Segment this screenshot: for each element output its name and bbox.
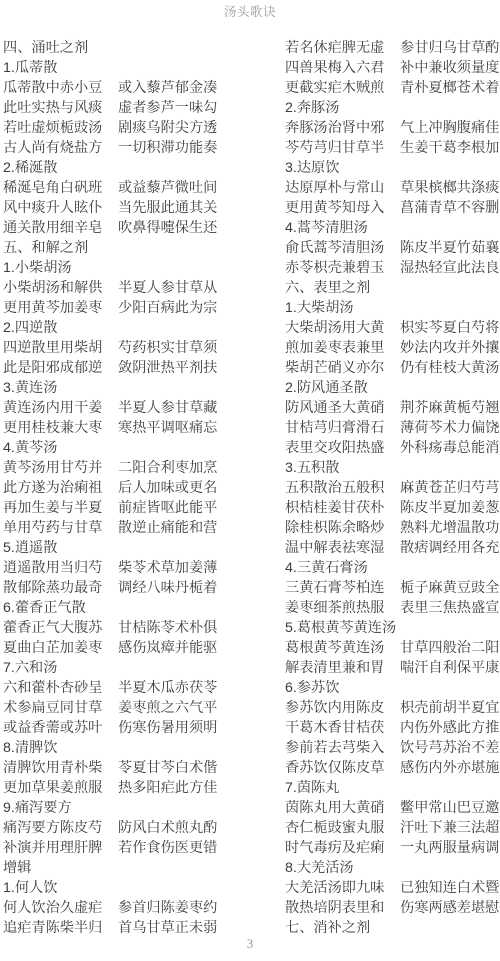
verse-line: 黄连汤内用干姜半夏人参甘草藏 (3, 398, 250, 418)
verse-line: 黄芩汤用甘芍并二阳合利枣加烹 (3, 458, 250, 478)
verse-hemistich-second: 或益藜芦微吐间 (118, 178, 217, 198)
verse-line: 痛泻要方陈皮芍防风白术煎丸酌 (3, 818, 250, 838)
verse-line: 5.逍遥散 (3, 538, 250, 558)
verse-line: 风中痰升人眩仆当先服此通其关 (3, 198, 250, 218)
verse-hemistich-first: 防风通圣大黄硝 (285, 398, 400, 418)
verse-line: 5.葛根黄芩黄连汤 (285, 618, 500, 638)
verse-line: 若吐虚烦栀豉汤剧痰乌附尖方透 (3, 118, 250, 138)
verse-hemistich-second: 外科疡毒总能消 (400, 438, 499, 458)
verse-hemistich-first: 枳桔桂姜甘茯朴 (285, 498, 400, 518)
verse-line: 单用芍药与甘草散逆止痛能和营 (3, 518, 250, 538)
verse-line: 此方遂为治痢祖后人加味或更名 (3, 478, 250, 498)
verse-line: 4.黄芩汤 (3, 438, 250, 458)
verse-hemistich-first: 藿香正气大腹苏 (3, 618, 118, 638)
verse-hemistich-second: 枳壳前胡半夏宜 (400, 698, 499, 718)
verse-line: 四、涌吐之剂 (3, 38, 250, 58)
verse-line: 达原厚朴与常山草果槟榔共涤痰 (285, 178, 500, 198)
verse-line: 防风通圣大黄硝荆芥麻黄栀芍翘 (285, 398, 500, 418)
verse-line: 芩芍芎归甘草半生姜干葛李根加 (285, 138, 500, 158)
verse-line: 1.小柴胡汤 (3, 258, 250, 278)
verse-line: 五、和解之剂 (3, 238, 250, 258)
verse-line: 大羌活汤即九味已独知连白术暨 (285, 878, 500, 898)
verse-hemistich-first: 黄芩汤用甘芍并 (3, 458, 118, 478)
verse-hemistich-first: 姜枣细茶煎热服 (285, 598, 400, 618)
verse-hemistich-second: 首乌甘草正未弱 (118, 918, 217, 938)
verse-line: 时气毒疠及疟痢一丸两服量病调 (285, 838, 500, 858)
verse-line: 2.四逆散 (3, 318, 250, 338)
verse-hemistich-second: 苓夏甘芩白术偕 (118, 758, 217, 778)
verse-hemistich-second: 敛阴泄热平剂扶 (118, 358, 217, 378)
verse-line: 五积散治五般积麻黄苍芷归芍芎 (285, 478, 500, 498)
verse-hemistich-second: 感伤岚瘴并能驱 (118, 638, 217, 658)
verse-line: 表里交攻阳热盛外科疡毒总能消 (285, 438, 500, 458)
verse-line: 更加草果姜煎服热多阳疟此方佳 (3, 778, 250, 798)
verse-hemistich-first: 再加生姜与半夏 (3, 498, 118, 518)
text-columns: 四、涌吐之剂 1.瓜蒂散 瓜蒂散中赤小豆或入藜芦郁金凑 此吐实热与风痰虚者参芦一… (0, 38, 500, 938)
verse-hemistich-first: 时气毒疠及疟痢 (285, 838, 400, 858)
verse-hemistich-second: 剧痰乌附尖方透 (118, 118, 217, 138)
verse-line: 柴胡芒硝义亦尔仍有桂枝大黄汤 (285, 358, 500, 378)
verse-hemistich-first: 更用黄芩加姜枣 (3, 298, 118, 318)
verse-line: 更用桂枝兼大枣寒热平调呕痛忘 (3, 418, 250, 438)
verse-hemistich-first: 温中解表祛寒湿 (285, 538, 400, 558)
verse-hemistich-first: 解表清里兼和胃 (285, 658, 400, 678)
verse-hemistich-second: 菖蒲青草不容删 (400, 198, 499, 218)
verse-line: 此吐实热与风痰虚者参芦一味勾 (3, 98, 250, 118)
verse-hemistich-first: 大羌活汤即九味 (285, 878, 400, 898)
verse-hemistich-first: 追疟青陈柴半归 (3, 918, 118, 938)
verse-hemistich-second: 参甘归乌甘草酌 (400, 38, 499, 58)
verse-hemistich-first: 干葛木香甘桔茯 (285, 718, 400, 738)
verse-line: 术参扁豆同甘草姜枣煎之六气平 (3, 698, 250, 718)
verse-hemistich-second: 散逆止痛能和营 (118, 518, 217, 538)
verse-hemistich-second: 柴苓术草加姜薄 (118, 558, 217, 578)
verse-hemistich-second: 麻黄苍芷归芍芎 (400, 478, 499, 498)
verse-line: 杏仁栀豉蜜丸服汗吐下兼三法超 (285, 818, 500, 838)
verse-hemistich-first: 4.黄芩汤 (3, 438, 118, 458)
verse-hemistich-first: 此方遂为治痢祖 (3, 478, 118, 498)
verse-hemistich-second: 陈皮半夏加姜葱 (400, 498, 499, 518)
verse-line: 甘桔芎归膏滑石薄荷芩术力偏饶 (285, 418, 500, 438)
verse-line: 煎加姜枣表兼里妙法内攻并外攘 (285, 338, 500, 358)
verse-line: 1.大柴胡汤 (285, 298, 500, 318)
verse-hemistich-second: 感伤内外亦堪施 (400, 758, 499, 778)
verse-hemistich-second: 虚者参芦一味勾 (118, 98, 217, 118)
verse-line: 3.达原饮 (285, 158, 500, 178)
verse-hemistich-second: 伤寒伤暑用须明 (118, 718, 217, 738)
verse-hemistich-second: 湿热轻宣此法良 (400, 258, 499, 278)
verse-hemistich-first: 或益香薷或苏叶 (3, 718, 118, 738)
verse-hemistich-first: 补演并用理肝脾 (3, 838, 118, 858)
verse-line: 追疟青陈柴半归首乌甘草正未弱 (3, 918, 250, 938)
verse-hemistich-first: 通关散用细辛皂 (3, 218, 118, 238)
verse-hemistich-second: 栀子麻黄豆豉全 (400, 578, 499, 598)
verse-hemistich-first: 甘桔芎归膏滑石 (285, 418, 400, 438)
verse-line: 2.防风通圣散 (285, 378, 500, 398)
verse-line: 逍遥散用当归芍柴苓术草加姜薄 (3, 558, 250, 578)
verse-line: 香苏饮仅陈皮草感伤内外亦堪施 (285, 758, 500, 778)
verse-hemistich-second: 甘桔陈苓术朴俱 (118, 618, 217, 638)
verse-hemistich-first: 更用桂枝兼大枣 (3, 418, 118, 438)
verse-hemistich-second: 半夏人参甘草从 (118, 278, 217, 298)
verse-hemistich-first: 煎加姜枣表兼里 (285, 338, 400, 358)
verse-hemistich-first: 7.六和汤 (3, 658, 118, 678)
verse-hemistich-first: 赤苓枳壳兼碧玉 (285, 258, 400, 278)
verse-line: 姜枣细茶煎热服表里三焦热盛宣 (285, 598, 500, 618)
verse-hemistich-second: 一切积滞功能奏 (118, 138, 217, 158)
verse-hemistich-first: 此吐实热与风痰 (3, 98, 118, 118)
verse-line: 小柴胡汤和解供半夏人参甘草从 (3, 278, 250, 298)
verse-hemistich-first: 更截实疟木贼煎 (285, 78, 400, 98)
verse-line: 瓜蒂散中赤小豆或入藜芦郁金凑 (3, 78, 250, 98)
verse-line: 补演并用理肝脾若作食伤医更错 (3, 838, 250, 858)
verse-line: 此是阳邪成郁逆敛阴泄热平剂扶 (3, 358, 250, 378)
verse-line: 温中解表祛寒湿散痞调经用各充 (285, 538, 500, 558)
verse-hemistich-first: 3.五积散 (285, 458, 400, 478)
verse-hemistich-first: 6.参苏饮 (285, 678, 400, 698)
verse-hemistich-first: 何人饮治久虚疟 (3, 898, 118, 918)
verse-hemistich-first: 三黄石膏芩柏连 (285, 578, 400, 598)
verse-hemistich-first: 若名休疟脾无虚 (285, 38, 400, 58)
verse-line: 2.稀涎散 (3, 158, 250, 178)
verse-hemistich-first: 1.何人饮 (3, 878, 118, 898)
verse-hemistich-second: 内伤外感此方推 (400, 718, 499, 738)
document-page: 汤头歌诀 四、涌吐之剂 1.瓜蒂散 瓜蒂散中赤小豆或入藜芦郁金凑 此吐实热与风痰… (0, 0, 500, 961)
verse-hemistich-second: 一丸两服量病调 (400, 838, 499, 858)
verse-line: 1.瓜蒂散 (3, 58, 250, 78)
verse-line: 解表清里兼和胃喘汗自利保平康 (285, 658, 500, 678)
verse-hemistich-second: 防风白术煎丸酌 (118, 818, 217, 838)
verse-line: 3.五积散 (285, 458, 500, 478)
verse-hemistich-second: 汗吐下兼三法超 (400, 818, 499, 838)
verse-hemistich-first: 奔豚汤治肾中邪 (285, 118, 400, 138)
verse-hemistich-first: 夏曲白芷加姜枣 (3, 638, 118, 658)
verse-line: 散郁除蒸功最奇调经八味丹栀着 (3, 578, 250, 598)
verse-line: 六、表里之剂 (285, 278, 500, 298)
verse-hemistich-second: 半夏人参甘草藏 (118, 398, 217, 418)
verse-hemistich-first: 单用芍药与甘草 (3, 518, 118, 538)
verse-hemistich-second: 妙法内攻并外攘 (400, 338, 499, 358)
verse-hemistich-second: 少阳百病此为宗 (118, 298, 217, 318)
verse-line: 何人饮治久虚疟参首归陈姜枣约 (3, 898, 250, 918)
verse-hemistich-first: 2.奔豚汤 (285, 98, 400, 118)
verse-hemistich-second: 热多阳疟此方佳 (118, 778, 217, 798)
verse-hemistich-second: 或入藜芦郁金凑 (118, 78, 217, 98)
verse-line: 赤苓枳壳兼碧玉湿热轻宣此法良 (285, 258, 500, 278)
verse-line: 2.奔豚汤 (285, 98, 500, 118)
verse-line: 四逆散里用柴胡芍药枳实甘草须 (3, 338, 250, 358)
verse-hemistich-second: 荆芥麻黄栀芍翘 (400, 398, 499, 418)
verse-line: 稀涎皂角白矾班或益藜芦微吐间 (3, 178, 250, 198)
verse-line: 3.黄连汤 (3, 378, 250, 398)
verse-hemistich-first: 8.大羌活汤 (285, 858, 400, 878)
verse-hemistich-second: 参首归陈姜枣约 (118, 898, 217, 918)
verse-hemistich-first: 六和藿朴杏砂呈 (3, 678, 118, 698)
verse-hemistich-second: 寒热平调呕痛忘 (118, 418, 217, 438)
verse-hemistich-first: 四兽果梅入六君 (285, 58, 400, 78)
verse-hemistich-second: 甘草四般治二阳 (400, 638, 499, 658)
verse-hemistich-second: 芍药枳实甘草须 (118, 338, 217, 358)
verse-hemistich-first: 参前若去芎柴入 (285, 738, 400, 758)
verse-hemistich-second: 熟料尤增温散功 (400, 518, 499, 538)
verse-hemistich-second: 当先服此通其关 (118, 198, 217, 218)
verse-hemistich-first: 风中痰升人眩仆 (3, 198, 118, 218)
verse-hemistich-second: 二阳合利枣加烹 (118, 458, 217, 478)
verse-line: 干葛木香甘桔茯内伤外感此方推 (285, 718, 500, 738)
verse-line: 古人尚有烧盐方一切积滞功能奏 (3, 138, 250, 158)
verse-line: 藿香正气大腹苏甘桔陈苓术朴俱 (3, 618, 250, 638)
verse-hemistich-first: 1.瓜蒂散 (3, 58, 118, 78)
verse-line: 7.茵陈丸 (285, 778, 500, 798)
verse-hemistich-first: 五、和解之剂 (3, 238, 118, 258)
verse-hemistich-first: 参苏饮内用陈皮 (285, 698, 400, 718)
verse-hemistich-first: 七、消补之剂 (285, 918, 400, 938)
verse-hemistich-first: 小柴胡汤和解供 (3, 278, 118, 298)
verse-hemistich-first: 除桂枳陈余略炒 (285, 518, 400, 538)
verse-hemistich-second: 草果槟榔共涤痰 (400, 178, 499, 198)
verse-hemistich-second: 枳实芩夏白芍将 (400, 318, 499, 338)
verse-hemistich-first: 黄连汤内用干姜 (3, 398, 118, 418)
verse-line: 若名休疟脾无虚参甘归乌甘草酌 (285, 38, 500, 58)
verse-line: 散热培阴表里和伤寒两感差堪慰 (285, 898, 500, 918)
verse-line: 六和藿朴杏砂呈半夏木瓜赤茯苓 (3, 678, 250, 698)
verse-hemistich-second: 若作食伤医更错 (118, 838, 217, 858)
text-column-left: 四、涌吐之剂 1.瓜蒂散 瓜蒂散中赤小豆或入藜芦郁金凑 此吐实热与风痰虚者参芦一… (0, 38, 250, 938)
verse-hemistich-first: 更用黄芩知母入 (285, 198, 400, 218)
verse-line: 夏曲白芷加姜枣感伤岚瘴并能驱 (3, 638, 250, 658)
verse-hemistich-first: 若吐虚烦栀豉汤 (3, 118, 118, 138)
verse-line: 除桂枳陈余略炒熟料尤增温散功 (285, 518, 500, 538)
verse-line: 9.痛泻要方 (3, 798, 250, 818)
verse-hemistich-second: 后人加味或更名 (118, 478, 217, 498)
verse-line: 枳桔桂姜甘茯朴陈皮半夏加姜葱 (285, 498, 500, 518)
verse-line: 更用黄芩知母入菖蒲青草不容删 (285, 198, 500, 218)
verse-hemistich-second: 半夏木瓜赤茯苓 (118, 678, 217, 698)
verse-line: 奔豚汤治肾中邪气上冲胸腹痛佳 (285, 118, 500, 138)
verse-hemistich-first: 2.稀涎散 (3, 158, 118, 178)
verse-hemistich-first: 逍遥散用当归芍 (3, 558, 118, 578)
verse-line: 4.三黄石膏汤 (285, 558, 500, 578)
verse-hemistich-first: 3.黄连汤 (3, 378, 118, 398)
verse-hemistich-first: 2.四逆散 (3, 318, 118, 338)
verse-hemistich-first: 痛泻要方陈皮芍 (3, 818, 118, 838)
text-column-right: 若名休疟脾无虚参甘归乌甘草酌 四兽果梅入六君补中兼收须量度 更截实疟木贼煎青朴夏… (250, 38, 500, 938)
verse-hemistich-second: 青朴夏榔苍术着 (400, 78, 499, 98)
verse-hemistich-first: 5.逍遥散 (3, 538, 118, 558)
verse-line: 8.清脾饮 (3, 738, 250, 758)
verse-hemistich-second: 补中兼收须量度 (400, 58, 499, 78)
verse-hemistich-first: 茵陈丸用大黄硝 (285, 798, 400, 818)
verse-hemistich-first: 更加草果姜煎服 (3, 778, 118, 798)
verse-line: 葛根黄芩黄连汤甘草四般治二阳 (285, 638, 500, 658)
verse-hemistich-first: 古人尚有烧盐方 (3, 138, 118, 158)
verse-hemistich-second: 调经八味丹栀着 (118, 578, 217, 598)
verse-hemistich-first: 四逆散里用柴胡 (3, 338, 118, 358)
verse-hemistich-first: 4.三黄石膏汤 (285, 558, 400, 578)
verse-hemistich-second: 已独知连白术暨 (400, 878, 499, 898)
verse-hemistich-first: 稀涎皂角白矾班 (3, 178, 118, 198)
verse-hemistich-second: 伤寒两感差堪慰 (400, 898, 499, 918)
verse-line: 参苏饮内用陈皮枳壳前胡半夏宜 (285, 698, 500, 718)
verse-line: 再加生姜与半夏前症皆呕此能平 (3, 498, 250, 518)
verse-line: 俞氏蒿芩清胆汤陈皮半夏竹茹襄 (285, 238, 500, 258)
verse-line: 更用黄芩加姜枣少阳百病此为宗 (3, 298, 250, 318)
verse-hemistich-second: 生姜干葛李根加 (400, 138, 499, 158)
verse-hemistich-first: 葛根黄芩黄连汤 (285, 638, 400, 658)
verse-line: 大柴胡汤用大黄枳实芩夏白芍将 (285, 318, 500, 338)
verse-hemistich-second: 薄荷芩术力偏饶 (400, 418, 499, 438)
verse-hemistich-first: 8.清脾饮 (3, 738, 118, 758)
verse-hemistich-first: 杏仁栀豉蜜丸服 (285, 818, 400, 838)
verse-hemistich-first: 达原厚朴与常山 (285, 178, 400, 198)
verse-hemistich-first: 大柴胡汤用大黄 (285, 318, 400, 338)
verse-hemistich-first: 5.葛根黄芩黄连汤 (285, 618, 400, 638)
verse-hemistich-second: 姜枣煎之六气平 (118, 698, 217, 718)
verse-hemistich-second: 吹鼻得嚏保生还 (118, 218, 217, 238)
verse-hemistich-first: 9.痛泻要方 (3, 798, 118, 818)
verse-line: 1.何人饮 (3, 878, 250, 898)
verse-line: 参前若去芎柴入饮号芎苏治不差 (285, 738, 500, 758)
verse-hemistich-first: 1.大柴胡汤 (285, 298, 400, 318)
verse-line: 四兽果梅入六君补中兼收须量度 (285, 58, 500, 78)
verse-line: 或益香薷或苏叶伤寒伤暑用须明 (3, 718, 250, 738)
verse-hemistich-first: 4.蒿芩清胆汤 (285, 218, 400, 238)
verse-line: 4.蒿芩清胆汤 (285, 218, 500, 238)
verse-hemistich-first: 7.茵陈丸 (285, 778, 400, 798)
verse-hemistich-second: 前症皆呕此能平 (118, 498, 217, 518)
verse-hemistich-first: 俞氏蒿芩清胆汤 (285, 238, 400, 258)
verse-line: 通关散用细辛皂吹鼻得嚏保生还 (3, 218, 250, 238)
verse-line: 增辑 (3, 858, 250, 878)
verse-hemistich-first: 散郁除蒸功最奇 (3, 578, 118, 598)
verse-line: 清脾饮用青朴柴苓夏甘芩白术偕 (3, 758, 250, 778)
verse-hemistich-first: 瓜蒂散中赤小豆 (3, 78, 118, 98)
verse-hemistich-second: 饮号芎苏治不差 (400, 738, 499, 758)
verse-line: 更截实疟木贼煎青朴夏榔苍术着 (285, 78, 500, 98)
verse-line: 8.大羌活汤 (285, 858, 500, 878)
verse-line: 茵陈丸用大黄硝鳖甲常山巴豆邀 (285, 798, 500, 818)
verse-line: 三黄石膏芩柏连栀子麻黄豆豉全 (285, 578, 500, 598)
verse-hemistich-first: 清脾饮用青朴柴 (3, 758, 118, 778)
verse-line: 6.藿香正气散 (3, 598, 250, 618)
verse-hemistich-first: 术参扁豆同甘草 (3, 698, 118, 718)
verse-hemistich-first: 1.小柴胡汤 (3, 258, 118, 278)
verse-hemistich-second: 气上冲胸腹痛佳 (400, 118, 499, 138)
document-title: 汤头歌诀 (0, 4, 500, 20)
verse-line: 7.六和汤 (3, 658, 250, 678)
verse-hemistich-second: 陈皮半夏竹茹襄 (400, 238, 499, 258)
verse-hemistich-first: 芩芍芎归甘草半 (285, 138, 400, 158)
verse-hemistich-first: 散热培阴表里和 (285, 898, 400, 918)
verse-hemistich-first: 3.达原饮 (285, 158, 400, 178)
verse-hemistich-first: 六、表里之剂 (285, 278, 400, 298)
verse-line: 6.参苏饮 (285, 678, 500, 698)
verse-hemistich-first: 2.防风通圣散 (285, 378, 400, 398)
verse-hemistich-first: 五积散治五般积 (285, 478, 400, 498)
verse-hemistich-second: 喘汗自利保平康 (400, 658, 499, 678)
verse-hemistich-second: 散痞调经用各充 (400, 538, 499, 558)
verse-hemistich-first: 增辑 (3, 858, 118, 878)
verse-hemistich-first: 柴胡芒硝义亦尔 (285, 358, 400, 378)
verse-hemistich-first: 四、涌吐之剂 (3, 38, 118, 58)
page-number: 3 (0, 937, 500, 952)
verse-hemistich-first: 表里交攻阳热盛 (285, 438, 400, 458)
verse-hemistich-second: 仍有桂枝大黄汤 (400, 358, 499, 378)
verse-hemistich-second: 表里三焦热盛宣 (400, 598, 499, 618)
verse-hemistich-first: 香苏饮仅陈皮草 (285, 758, 400, 778)
verse-hemistich-first: 6.藿香正气散 (3, 598, 118, 618)
verse-line: 七、消补之剂 (285, 918, 500, 938)
verse-hemistich-first: 此是阳邪成郁逆 (3, 358, 118, 378)
verse-hemistich-second: 鳖甲常山巴豆邀 (400, 798, 499, 818)
